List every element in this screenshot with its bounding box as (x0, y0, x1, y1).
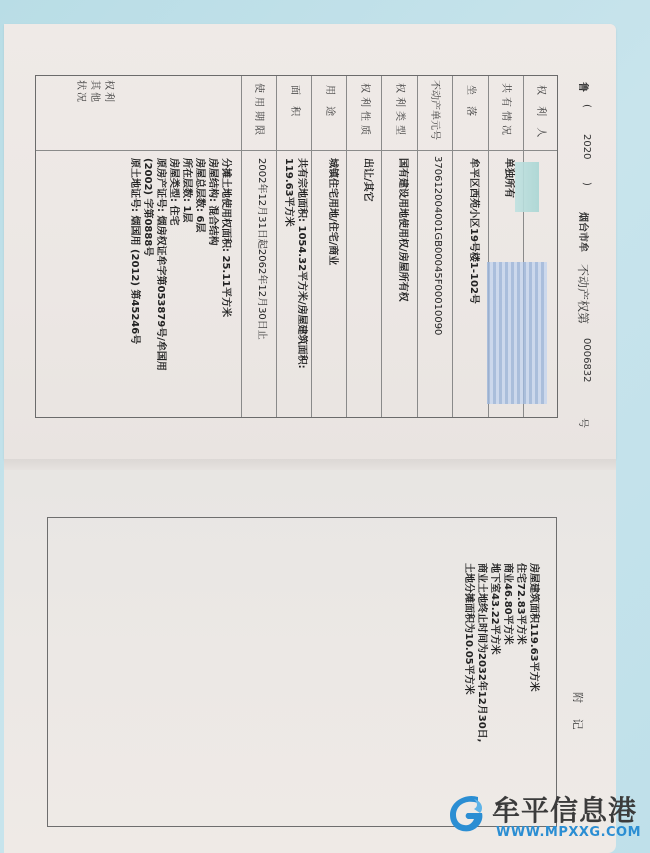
column-divider (276, 76, 277, 417)
watermark-name: 牟平信息港 (492, 789, 637, 829)
redacted-qr-code (487, 262, 547, 404)
column-divider (241, 76, 242, 417)
column-divider (381, 76, 382, 417)
paren-close: ) (581, 182, 592, 186)
province-code: 鲁 (577, 82, 592, 92)
column-divider (452, 76, 453, 417)
watermark-logo-icon (444, 791, 488, 835)
cert-year: 2020 (581, 134, 592, 159)
watermark-url: WWW.MPXXG.COM (496, 825, 641, 840)
label-divider-left (36, 150, 241, 151)
label-divider (241, 150, 557, 151)
column-divider (417, 76, 418, 417)
column-divider (346, 76, 347, 417)
watermark: 牟平信息港 WWW.MPXXG.COM (440, 787, 645, 847)
page-fold (4, 459, 616, 470)
cert-number: 0006832 (581, 338, 592, 383)
paren-open: ( (581, 104, 592, 108)
redacted-owner-name (515, 162, 539, 212)
cert-label: 不动产权第 (575, 264, 592, 324)
cert-city: 烟台市牟 (577, 212, 592, 252)
column-divider (311, 76, 312, 417)
cert-suffix: 号 (577, 418, 592, 428)
